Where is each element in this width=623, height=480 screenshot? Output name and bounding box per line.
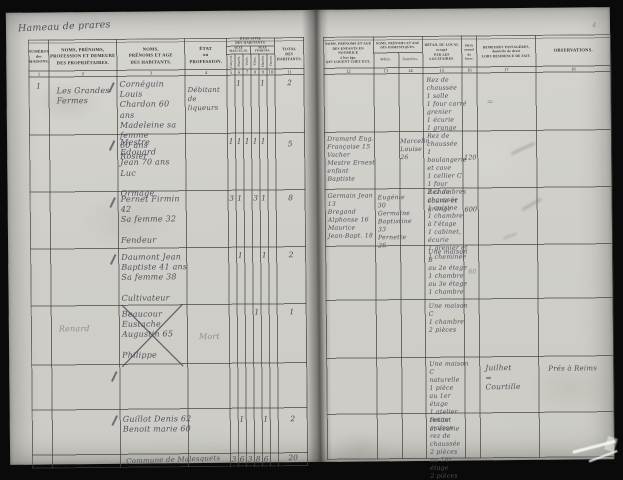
civil-count: 1 (227, 137, 235, 146)
males-entry: Eugénie 30 Germaine Baptistine 33 Pernet… (378, 194, 405, 251)
total-count: 2 (278, 414, 308, 423)
header-col-demeures: DEMEURES PASSAGÈRES, domicile de droit L… (477, 37, 535, 67)
observations-entry: Prés à Reims (548, 364, 608, 374)
header-sexe-masculin: SEXE MASCULIN. (227, 46, 250, 54)
proprietaire-entry: Les Grandes Fermes (57, 86, 115, 107)
header-col-prix: PRIX annuel du loyer. (462, 37, 476, 66)
local-entry: Petite maison rez de chaussée 2 pièces a… (430, 416, 471, 480)
prix-pencil-entry: 60 (464, 267, 480, 275)
nourrice-entry: Dramard Eug. Françoise 15 Vacher Mestre … (327, 135, 377, 184)
civil-count: 1 (238, 415, 246, 424)
pencil-corner-mark: 4 (592, 21, 597, 30)
civil-count: 1 (236, 251, 244, 260)
header-num-3: 3 (117, 69, 184, 76)
civil-count: 1 (262, 414, 270, 423)
civil-count: 1 (251, 136, 259, 145)
house-number: 1 (29, 82, 49, 91)
total-count: 2 (274, 78, 304, 87)
totals-civil: 3 (246, 455, 254, 464)
totals-total: 20 (278, 453, 308, 462)
nourrice-entry: Germain Jean 13 Bregand Alphonse 16 Maur… (328, 192, 378, 241)
totals-civil: 6 (262, 454, 270, 463)
header-col-etat: ÉTAT ou PROFESSION. (185, 42, 226, 69)
header-sub-filles: Filles. (251, 53, 258, 68)
header-num-11: 11 (275, 68, 303, 74)
habitants-entry: Guillot Denis 62 Benoit marie 60 (123, 414, 193, 435)
header-sub-garcons: Garçons. (227, 54, 234, 69)
header-col-habitants: NOMS, PRÉNOMS ET AGE DES HABITANTS. (117, 42, 184, 70)
header-num-7: 7 (243, 69, 250, 75)
header-num-2: 2 (49, 70, 116, 77)
total-count: 8 (276, 193, 306, 202)
profession-entry: Débitant de liqueurs (188, 86, 228, 113)
pencil-mark: = (487, 97, 494, 107)
total-count: 5 (275, 139, 305, 148)
header-domestiques: NOMS, PRÉNOMS ET AGE DES DOMESTIQUES. (374, 38, 421, 52)
prix-entry: 600 (463, 205, 479, 213)
census-scan-paper: Hameau de prares 4 NUMÉROS des MAISONS. … (6, 7, 614, 465)
civil-count: 1 (253, 307, 261, 316)
proprietaire-pencil-entry: Renard (59, 324, 115, 335)
header-col-total: TOTAL DES HABITANTS. (275, 41, 303, 68)
civil-count: 3 (228, 194, 236, 203)
header-sub-veuves: Veuves. (267, 53, 274, 68)
header-num-13: 13 (374, 67, 397, 73)
local-entry: Une maison B au 2e étage 1 chambre au 3e… (428, 248, 468, 297)
binding-shadow (302, 10, 332, 462)
scan-frame: Hameau de prares 4 NUMÉROS des MAISONS. … (0, 0, 623, 480)
prix-entry: 120 (462, 153, 478, 161)
local-entry: Rez de chaussée 1 salle 1 four carré gre… (426, 76, 467, 133)
header-males: Mâles. (374, 52, 397, 67)
totals-civil: 6 (238, 455, 246, 464)
header-sub-mariees: Mariées. (259, 53, 266, 68)
habitants-entry: Mestre Edouard Jean 70 ans Luc Ormage (120, 137, 187, 199)
header-col-local: DÉTAIL DU LOCAL occupé PAR LES LOCATAIRE… (423, 38, 460, 67)
civil-count: 1 (259, 136, 267, 145)
civil-count: 1 (235, 137, 243, 146)
civil-count: 1 (260, 250, 268, 259)
header-num-12: 12 (324, 67, 372, 73)
header-sub-veufs: Veufs. (243, 54, 250, 69)
civil-count: 1 (260, 193, 268, 202)
header-femelles: Femelles. (399, 52, 421, 67)
handwritten-annotation: Hameau de prares (18, 19, 111, 35)
femelles-entry: Marcelin Louise 26 (400, 138, 430, 162)
header-num-18: 18 (536, 65, 610, 72)
habitants-entry: Daumont Jean Baptiste 41 ans Sa femme 38… (121, 252, 187, 304)
header-sub-maries: Mariés. (235, 54, 242, 69)
header-col-maisons: NUMÉROS des MAISONS. (29, 44, 48, 71)
header-num-9: 9 (259, 68, 266, 74)
total-count: 1 (277, 307, 307, 316)
civil-count: 1 (234, 79, 242, 88)
header-num-16: 16 (462, 66, 476, 72)
header-sexe-feminin: SEXE FÉMININ. (251, 45, 274, 53)
totals-civil: 8 (254, 454, 262, 463)
header-col-proprietaires: NOMS, PRÉNOMS, PROFESSION ET DEMEURE DES… (49, 43, 116, 71)
header-col-nourrice: NOMS, PRÉNOMS ET AGE DES ENFANTS EN NOUR… (324, 38, 372, 67)
total-count: 2 (276, 250, 306, 259)
mort-annotation: Mort (199, 332, 235, 343)
habitants-entry: Pernet Firmin 42 Sa femme 32 Fendeur (121, 194, 187, 246)
header-num-6: 6 (235, 69, 242, 75)
header-num-4: 4 (185, 69, 226, 75)
right-table: NOMS, PRÉNOMS ET AGE DES ENFANTS EN NOUR… (323, 34, 615, 460)
header-num-5: 5 (227, 69, 234, 75)
local-entry: Une maison C 1 chambre 2 pièces (429, 302, 469, 335)
header-num-1: 1 (29, 71, 48, 77)
civil-count: 1 (258, 78, 266, 87)
cross-out-mark (119, 301, 188, 370)
totals-civil: 3 (230, 455, 238, 464)
demeures-entry: Juilhet = Courtille (485, 363, 535, 392)
header-num-8: 8 (251, 68, 258, 74)
header-num-14: 14 (399, 67, 421, 73)
header-num-15: 15 (423, 67, 460, 73)
civil-count: 3 (252, 193, 260, 202)
header-num-17: 17 (477, 66, 535, 73)
civil-count: 1 (243, 137, 251, 146)
civil-count: 1 (236, 194, 244, 203)
header-col-observations: OBSERVATIONS. (536, 36, 610, 66)
left-table: NUMÉROS des MAISONS. 1 NOMS, PRÉNOMS, PR… (28, 37, 308, 469)
header-num-10: 10 (267, 68, 274, 74)
